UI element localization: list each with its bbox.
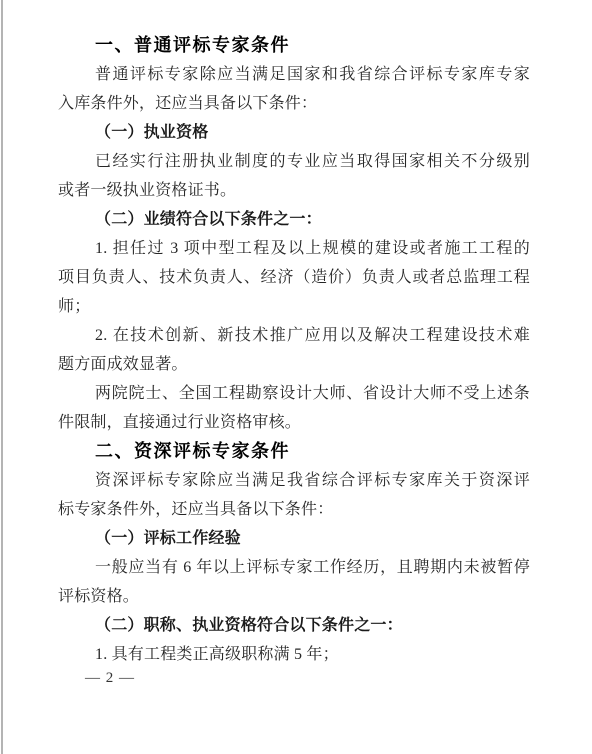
body-line: 件限制，直接通过行业资格审核。 (58, 408, 530, 437)
body-line: 标专家条件外，还应当具备以下条件： (58, 495, 530, 524)
document-body: 一、普通评标专家条件普通评标专家除应当满足国家和我省综合评标专家库专家入库条件外… (58, 31, 530, 669)
list-item-line: 1. 担任过 3 项中型工程及以上规模的建设或者施工工程的 (58, 234, 530, 263)
body-line: 资深评标专家除应当满足我省综合评标专家库关于资深评 (58, 466, 530, 495)
body-line: 两院院士、全国工程勘察设计大师、省设计大师不受上述条 (58, 379, 530, 408)
body-line: 或者一级执业资格证书。 (58, 176, 530, 205)
body-line: 普通评标专家除应当满足国家和我省综合评标专家库专家 (58, 60, 530, 89)
body-line: 评标资格。 (58, 582, 530, 611)
body-line: 项目负责人、技术负责人、经济（造价）负责人或者总监理工程 (58, 263, 530, 292)
sub-heading: （二）业绩符合以下条件之一： (58, 205, 530, 234)
body-line: 师； (58, 292, 530, 321)
body-line: 题方面成效显著。 (58, 350, 530, 379)
sub-heading: （一）执业资格 (58, 118, 530, 147)
body-line: 一般应当有 6 年以上评标专家工作经历，且聘期内未被暂停 (58, 553, 530, 582)
sub-heading: （二）职称、执业资格符合以下条件之一： (58, 611, 530, 640)
section-1-heading: 一、普通评标专家条件 (58, 31, 530, 60)
body-line: 入库条件外，还应当具备以下条件： (58, 89, 530, 118)
page-edge-line (1, 0, 3, 754)
document-page: 一、普通评标专家条件普通评标专家除应当满足国家和我省综合评标专家库专家入库条件外… (58, 31, 530, 693)
section-2-heading: 二、资深评标专家条件 (58, 437, 530, 466)
sub-heading: （一）评标工作经验 (58, 524, 530, 553)
body-line: 已经实行注册执业制度的专业应当取得国家相关不分级别 (58, 147, 530, 176)
list-item-line: 2. 在技术创新、新技术推广应用以及解决工程建设技术难 (58, 321, 530, 350)
